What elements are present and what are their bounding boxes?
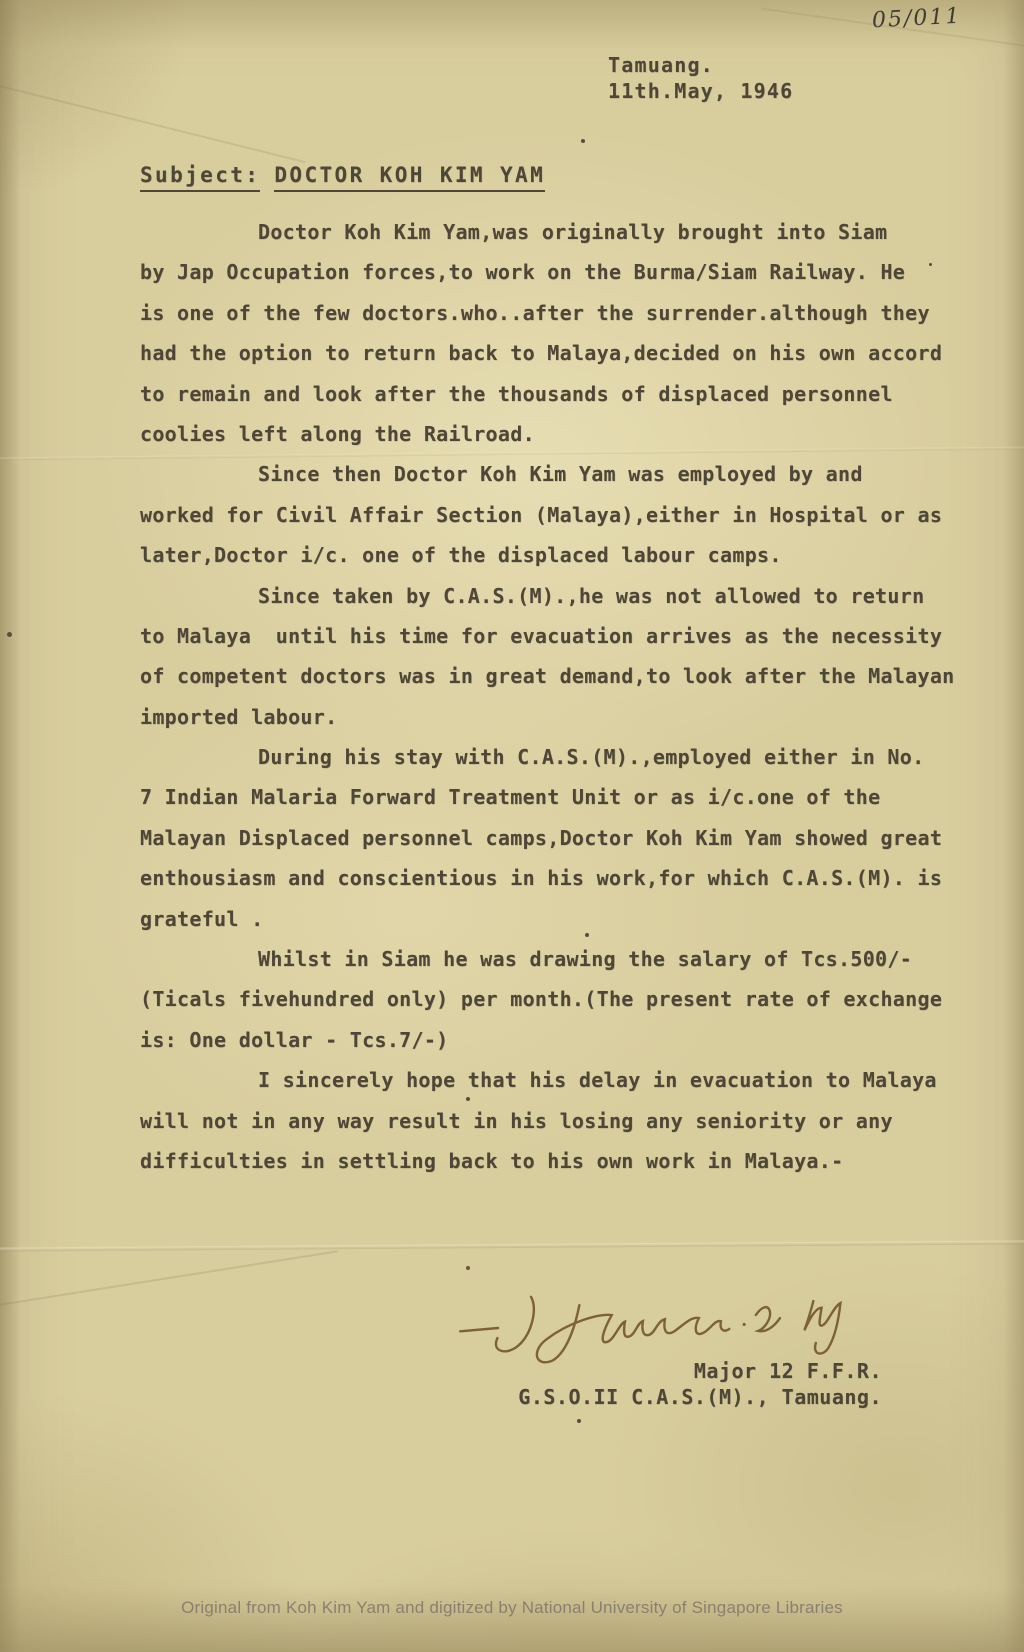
ink-speck bbox=[585, 933, 589, 937]
paragraph: Since taken by C.A.S.(M).,he was not all… bbox=[140, 576, 990, 738]
signoff-block: Major 12 F.F.R. G.S.O.II C.A.S.(M)., Tam… bbox=[430, 1358, 882, 1410]
paragraph: Since then Doctor Koh Kim Yam was employ… bbox=[140, 454, 990, 575]
dateline-date: 11th.May, 1946 bbox=[608, 78, 793, 104]
subject-heading: Subject:DOCTOR KOH KIM YAM bbox=[140, 163, 545, 187]
ink-speck bbox=[577, 1419, 581, 1423]
ink-speck bbox=[929, 263, 932, 266]
paper-crease bbox=[0, 1250, 338, 1311]
body-line: Whilst in Siam he was drawing the salary… bbox=[140, 939, 990, 979]
paragraph: Whilst in Siam he was drawing the salary… bbox=[140, 939, 990, 1060]
paper-crease bbox=[0, 79, 305, 163]
digitization-credit: Original from Koh Kim Yam and digitized … bbox=[0, 1598, 1024, 1618]
body-line: had the option to return back to Malaya,… bbox=[140, 333, 990, 373]
body-line: of competent doctors was in great demand… bbox=[140, 656, 990, 696]
archive-number: 05/011 bbox=[871, 4, 962, 34]
body-line: During his stay with C.A.S.(M).,employed… bbox=[140, 737, 990, 777]
body-line: Since taken by C.A.S.(M).,he was not all… bbox=[140, 576, 990, 616]
body-line: Doctor Koh Kim Yam,was originally brough… bbox=[140, 212, 990, 252]
paragraph: During his stay with C.A.S.(M).,employed… bbox=[140, 737, 990, 939]
handwritten-signature bbox=[452, 1280, 888, 1364]
body-line: is one of the few doctors.who..after the… bbox=[140, 293, 990, 333]
body-line: coolies left along the Railroad. bbox=[140, 414, 990, 454]
body-line: difficulties in settling back to his own… bbox=[140, 1141, 990, 1181]
body-line: enthousiasm and conscientious in his wor… bbox=[140, 858, 990, 898]
paragraph: Doctor Koh Kim Yam,was originally brough… bbox=[140, 212, 990, 454]
body-line: worked for Civil Affair Section (Malaya)… bbox=[140, 495, 990, 535]
letter-body: Doctor Koh Kim Yam,was originally brough… bbox=[140, 212, 990, 1181]
body-line: Malayan Displaced personnel camps,Doctor… bbox=[140, 818, 990, 858]
paragraph: I sincerely hope that his delay in evacu… bbox=[140, 1060, 990, 1181]
body-line: to Malaya until his time for evacuation … bbox=[140, 616, 990, 656]
body-line: to remain and look after the thousands o… bbox=[140, 374, 990, 414]
body-line: I sincerely hope that his delay in evacu… bbox=[140, 1060, 990, 1100]
body-line: by Jap Occupation forces,to work on the … bbox=[140, 252, 990, 292]
body-line: will not in any way result in his losing… bbox=[140, 1101, 990, 1141]
ink-speck bbox=[581, 139, 585, 143]
signoff-rank: Major 12 F.F.R. bbox=[430, 1358, 882, 1384]
dateline: Tamuang. 11th.May, 1946 bbox=[608, 52, 793, 104]
ink-speck bbox=[7, 632, 12, 637]
body-line: (Ticals fivehundred only) per month.(The… bbox=[140, 979, 990, 1019]
body-line: imported labour. bbox=[140, 697, 990, 737]
signoff-unit: G.S.O.II C.A.S.(M)., Tamuang. bbox=[430, 1384, 882, 1410]
body-line: later,Doctor i/c. one of the displaced l… bbox=[140, 535, 990, 575]
paper-crease bbox=[0, 1240, 1024, 1251]
dateline-place: Tamuang. bbox=[608, 52, 793, 78]
body-line: grateful . bbox=[140, 899, 990, 939]
scanned-letter-page: 05/011 Tamuang. 11th.May, 1946 Subject:D… bbox=[0, 0, 1024, 1652]
body-line: Since then Doctor Koh Kim Yam was employ… bbox=[140, 454, 990, 494]
body-line: is: One dollar - Tcs.7/-) bbox=[140, 1020, 990, 1060]
body-line: 7 Indian Malaria Forward Treatment Unit … bbox=[140, 777, 990, 817]
ink-speck bbox=[466, 1097, 470, 1101]
ink-speck bbox=[466, 1266, 470, 1270]
subject-label: Subject: bbox=[140, 163, 260, 192]
subject-value: DOCTOR KOH KIM YAM bbox=[274, 163, 545, 192]
